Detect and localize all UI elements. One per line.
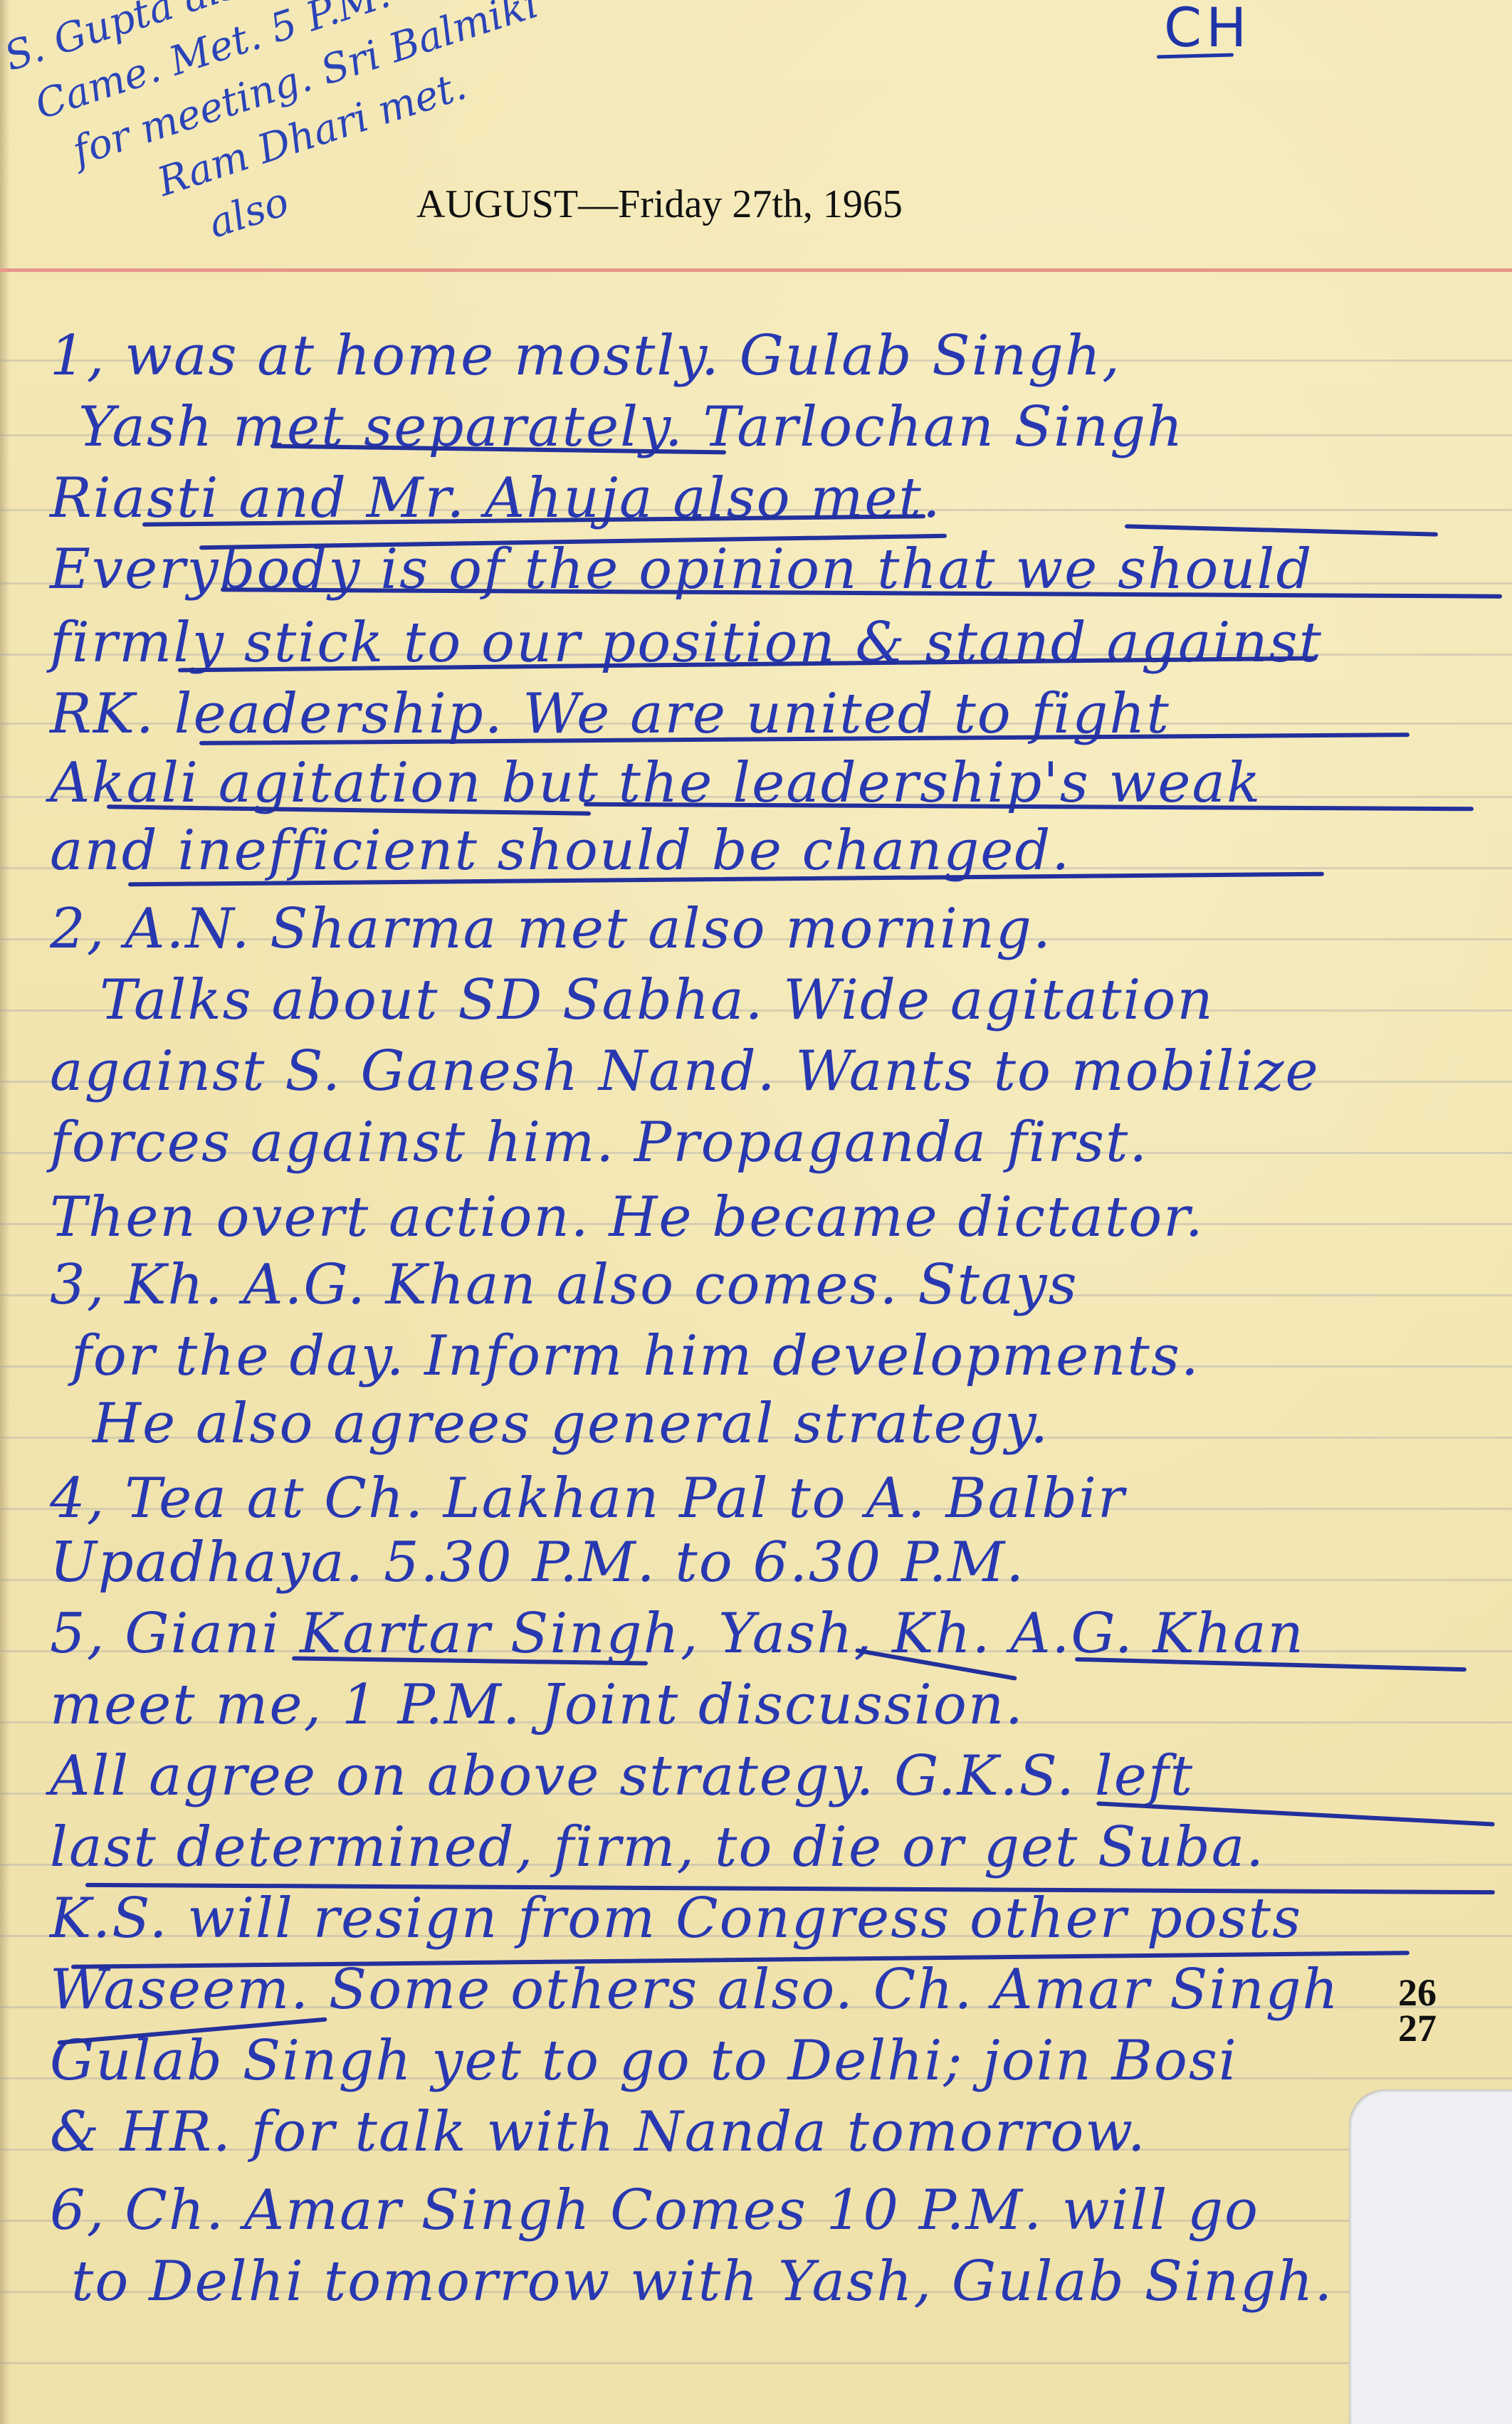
entry-line: for the day. Inform him developments. — [71, 1324, 1495, 1388]
entry-line: Talks about SD Sabha. Wide agitation — [100, 968, 1512, 1032]
red-margin-rule — [0, 268, 1512, 272]
entry-line: All agree on above strategy. G.K.S. left — [50, 1744, 1474, 1808]
printed-date-header: AUGUST—Friday 27th, 1965 — [416, 182, 903, 227]
entry-line: against S. Ganesh Nand. Wants to mobiliz… — [50, 1039, 1474, 1103]
entry-line: 4, Tea at Ch. Lakhan Pal to A. Balbir — [50, 1467, 1474, 1531]
entry-line: 2, A.N. Sharma met also morning. — [50, 897, 1474, 961]
ruled-line — [0, 2362, 1512, 2364]
entry-line: last determined, firm, to die or get Sub… — [50, 1815, 1474, 1879]
entry-line: Waseem. Some others also. Ch. Amar Singh — [50, 1958, 1474, 2022]
entry-line: He also agrees general strategy. — [93, 1392, 1512, 1456]
page-tab-cutout — [1349, 2089, 1512, 2424]
entry-line: 5, Giani Kartar Singh, Yash, Kh. A.G. Kh… — [50, 1602, 1474, 1666]
entry-line: & HR. for talk with Nanda tomorrow. — [50, 2100, 1474, 2164]
entry-line: 6, Ch. Amar Singh Comes 10 P.M. will go — [50, 2178, 1474, 2242]
entry-line: 1, was at home mostly. Gulab Singh, — [50, 324, 1474, 388]
entry-line: Gulab Singh yet to go to Delhi; join Bos… — [50, 2029, 1474, 2093]
entry-line: forces against him. Propaganda first. — [50, 1111, 1474, 1175]
entry-line: 3, Kh. A.G. Khan also comes. Stays — [50, 1253, 1474, 1317]
page-number-27: 27 — [1398, 2006, 1437, 2050]
diary-page: CH AUGUST—Friday 27th, 1965 S. Gupta als… — [0, 0, 1512, 2424]
entry-line: K.S. will resign from Congress other pos… — [50, 1887, 1474, 1951]
margin-note: S. Gupta also Came. Met. 5 P.M. for meet… — [0, 0, 727, 285]
entry-line: Upadhaya. 5.30 P.M. to 6.30 P.M. — [50, 1531, 1474, 1595]
entry-line: to Delhi tomorrow with Yash, Gulab Singh… — [71, 2250, 1495, 2314]
entry-line: meet me, 1 P.M. Joint discussion. — [50, 1673, 1474, 1737]
corner-code: CH — [1164, 0, 1251, 59]
page-binding-edge — [0, 0, 10, 2424]
entry-line: Yash met separately. Tarlochan Singh — [78, 395, 1502, 459]
entry-line: Then overt action. He became dictator. — [50, 1185, 1474, 1249]
